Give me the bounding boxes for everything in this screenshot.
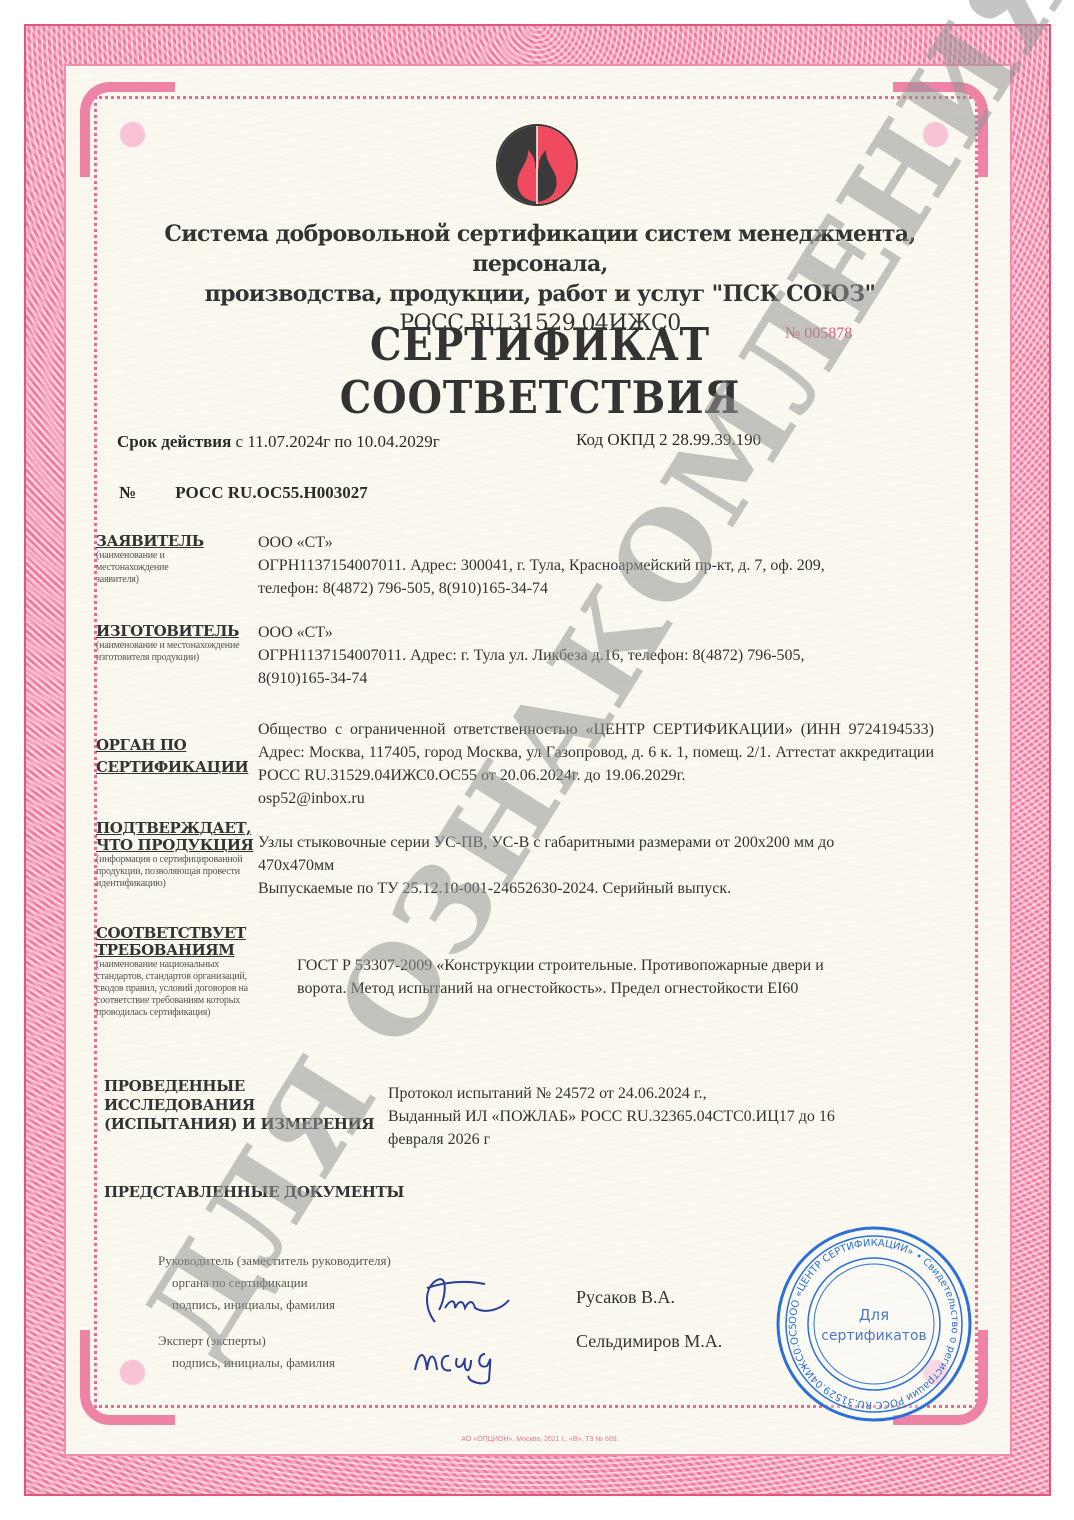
head-signature-label: Руководитель (заместитель руководителя) … xyxy=(158,1250,391,1316)
system-title-line-2: производства, продукции, работ и услуг "… xyxy=(140,279,940,309)
product-line: Выпускаемые по ТУ 25.12.10-001-24652630-… xyxy=(258,877,938,900)
product-label-1: ПОДТВЕРЖДАЕТ, xyxy=(96,820,256,837)
cert-body-value: Общество с ограниченной ответственностью… xyxy=(258,718,934,810)
product-hint: (информация о сертифицированной продукци… xyxy=(96,854,246,890)
tests-line: Выданный ИЛ «ПОЖЛАБ» РОСС RU.32365.04СТС… xyxy=(388,1105,948,1128)
manufacturer-label-block: ИЗГОТОВИТЕЛЬ (наименование и местонахожд… xyxy=(96,622,256,664)
applicant-label: ЗАЯВИТЕЛЬ xyxy=(96,532,256,550)
documents-label: ПРЕДСТАВЛЕННЫЕ ДОКУМЕНТЫ xyxy=(104,1183,404,1201)
blank-serial-number: № 005878 xyxy=(785,325,852,343)
manufacturer-line: 8(910)165-34-74 xyxy=(258,667,938,690)
product-label-block: ПОДТВЕРЖДАЕТ, ЧТО ПРОДУКЦИЯ (информация … xyxy=(96,820,256,890)
certificate-number: № РОСС RU.ОС55.Н003027 xyxy=(119,483,368,503)
stamp-center-line-1: Для xyxy=(859,1306,889,1324)
head-signature-icon xyxy=(405,1270,515,1330)
applicant-line: ООО «СТ» xyxy=(258,531,938,554)
cert-body-text: Общество с ограниченной ответственностью… xyxy=(258,718,934,787)
manufacturer-hint: (наименование и местонахождение изготови… xyxy=(96,640,246,664)
fire-logo-icon xyxy=(496,124,578,206)
tests-label-block: ПРОВЕДЕННЫЕ ИССЛЕДОВАНИЯ (ИСПЫТАНИЯ) И И… xyxy=(104,1077,394,1134)
applicant-line: ОГРН1137154007011. Адрес: 300041, г. Тул… xyxy=(258,554,938,577)
head-name: Русаков В.А. xyxy=(576,1287,675,1308)
tests-line: Протокол испытаний № 24572 от 24.06.2024… xyxy=(388,1082,948,1105)
seal-stamp-icon: ООО «ЦЕНТР СЕРТИФИКАЦИИ» • Свидетельство… xyxy=(774,1224,974,1424)
validity-value: с 11.07.2024г по 10.04.2029г xyxy=(236,432,440,451)
applicant-label-block: ЗАЯВИТЕЛЬ (наименование и местонахождени… xyxy=(96,532,256,586)
cert-body-label-1: ОРГАН ПО xyxy=(96,734,256,756)
validity-label: Срок действия xyxy=(117,432,231,451)
manufacturer-line: ОГРН1137154007011. Адрес: г. Тула ул. Ли… xyxy=(258,644,938,667)
cert-body-email: osp52@inbox.ru xyxy=(258,787,934,810)
tests-line: февраля 2026 г xyxy=(388,1128,948,1151)
requirements-label-block: СООТВЕТСТВУЕТ ТРЕБОВАНИЯМ (наименование … xyxy=(96,925,266,1019)
cert-body-label-2: СЕРТИФИКАЦИИ xyxy=(96,756,256,778)
expert-name: Сельдимиров М.А. xyxy=(576,1331,722,1352)
head-label-line: органа по сертификации xyxy=(158,1272,391,1294)
validity-period: Срок действия с 11.07.2024г по 10.04.202… xyxy=(117,432,440,452)
requirements-label-1: СООТВЕТСТВУЕТ xyxy=(96,925,266,942)
requirements-label-2: ТРЕБОВАНИЯМ xyxy=(96,942,266,959)
print-house-imprint: АО «ОПЦИОН», Москва, 2021 г., «В», Т3 № … xyxy=(380,1436,700,1443)
tests-value: Протокол испытаний № 24572 от 24.06.2024… xyxy=(388,1082,948,1151)
documents-label-block: ПРЕДСТАВЛЕННЫЕ ДОКУМЕНТЫ xyxy=(104,1183,404,1201)
tests-label-1: ПРОВЕДЕННЫЕ ИССЛЕДОВАНИЯ xyxy=(104,1077,394,1115)
ornament-corner-top-left xyxy=(80,82,175,177)
stamp-center-line-2: сертификатов xyxy=(821,1328,927,1344)
okpd-code: Код ОКПД 2 28.99.39.190 xyxy=(576,430,761,450)
product-value: Узлы стыковочные серии УС-ПВ, УС-В с габ… xyxy=(258,831,938,900)
number-sign: № xyxy=(119,483,171,503)
cert-body-label-block: ОРГАН ПО СЕРТИФИКАЦИИ xyxy=(96,734,256,778)
expert-label-line: Эксперт (эксперты) xyxy=(158,1330,335,1352)
expert-label-line: подпись, инициалы, фамилия xyxy=(158,1352,335,1374)
system-title-line-1: Система добровольной сертификации систем… xyxy=(140,219,940,279)
applicant-line: телефон: 8(4872) 796-505, 8(910)165-34-7… xyxy=(258,577,938,600)
manufacturer-value: ООО «СТ» ОГРН1137154007011. Адрес: г. Ту… xyxy=(258,621,938,690)
certificate-number-value: РОСС RU.ОС55.Н003027 xyxy=(175,483,368,502)
requirements-line: ворота. Метод испытаний на огнестойкость… xyxy=(297,977,937,1000)
head-label-line: подпись, инициалы, фамилия xyxy=(158,1294,391,1316)
requirements-hint: (наименование национальных стандартов, с… xyxy=(96,959,266,1019)
product-line: 470х470мм xyxy=(258,854,938,877)
product-line: Узлы стыковочные серии УС-ПВ, УС-В с габ… xyxy=(258,831,938,854)
head-label-line: Руководитель (заместитель руководителя) xyxy=(158,1250,391,1272)
ornament-corner-top-right xyxy=(893,82,988,177)
expert-signature-icon xyxy=(405,1330,525,1390)
requirements-line: ГОСТ Р 53307-2009 «Конструкции строитель… xyxy=(297,954,937,977)
manufacturer-label: ИЗГОТОВИТЕЛЬ xyxy=(96,622,256,640)
manufacturer-line: ООО «СТ» xyxy=(258,621,938,644)
requirements-value: ГОСТ Р 53307-2009 «Конструкции строитель… xyxy=(297,954,937,1000)
product-label-2: ЧТО ПРОДУКЦИЯ xyxy=(96,837,256,854)
applicant-hint: (наименование и местонахождение заявител… xyxy=(96,550,206,586)
applicant-value: ООО «СТ» ОГРН1137154007011. Адрес: 30004… xyxy=(258,531,938,600)
tests-label-2: (ИСПЫТАНИЯ) И ИЗМЕРЕНИЯ xyxy=(104,1115,394,1134)
expert-signature-label: Эксперт (эксперты) подпись, инициалы, фа… xyxy=(158,1330,335,1374)
